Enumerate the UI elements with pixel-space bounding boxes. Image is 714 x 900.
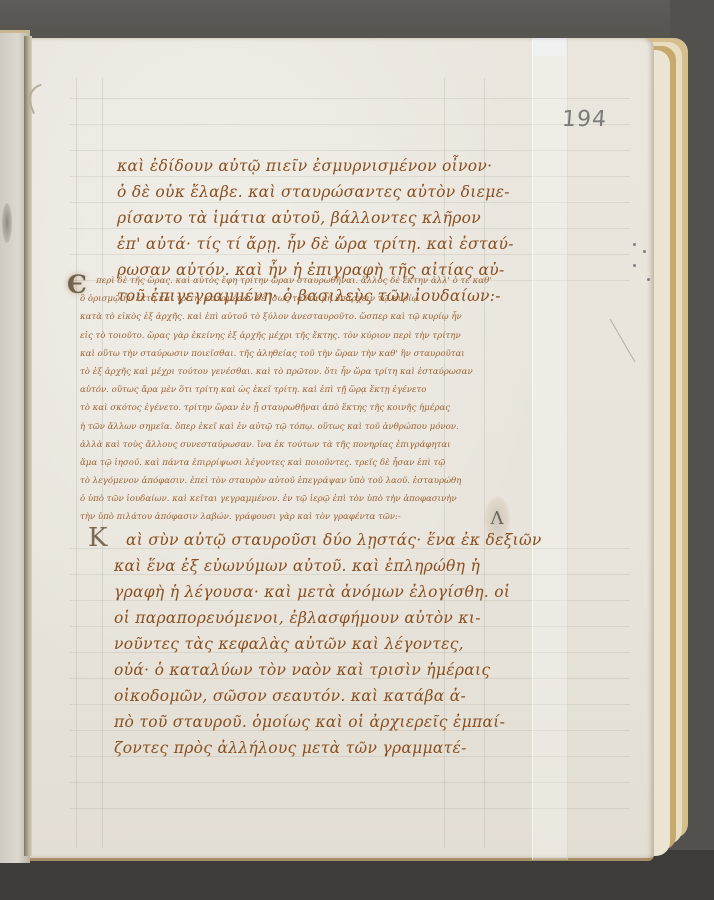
book-gutter — [24, 36, 32, 856]
text-line: γραφὴ ἡ λέγουσα· καὶ μετὰ ἀνόμων ἐλογίσθ… — [114, 579, 484, 605]
commentary-line: τὴν ὑπὸ πιλάτου ἀπόφασιν λαβών. γράφουσι… — [80, 508, 500, 526]
background-top — [0, 0, 714, 40]
text-line: ἐπ' αὐτά· τίς τί ἄρῃ. ἦν δὲ ὥρα τρίτη. κ… — [117, 231, 487, 257]
text-line: καὶ ἕνα ἐξ εὐωνύμων αὐτοῦ. καὶ ἐπληρώθη … — [114, 553, 484, 579]
conservation-tape — [532, 40, 568, 860]
text-line: ζοντες πρὸς ἀλλήλους μετὰ τῶν γραμματέ- — [114, 735, 484, 761]
vertical-ruling — [76, 78, 77, 848]
ink-speck — [633, 264, 636, 267]
text-line: καὶ ἐδίδουν αὐτῷ πιεῖν ἐσμυρνισμένον οἶν… — [117, 153, 487, 179]
commentary-line: κατὰ τὸ εἰκὸς ἐξ ἀρχῆς. καὶ ἐπὶ αὐτοῦ τὸ… — [80, 308, 500, 326]
text-line: οὐά· ὁ καταλύων τὸν ναὸν καὶ τρισὶν ἡμέρ… — [114, 657, 484, 683]
ink-speck — [633, 243, 636, 246]
commentary-line: ἀλλὰ καὶ τοὺς ἄλλους συνεσταύρωσαν. ἵνα … — [80, 436, 500, 454]
left-page-stain — [2, 203, 12, 243]
commentary-line: ἡ τῶν ἄλλων σημεῖα. ὅπερ ἐκεῖ καὶ ἐν αὐτ… — [80, 418, 500, 436]
commentary-line: τὸ ἐξ ἀρχῆς καὶ μέχρι τούτου γενέσθαι. κ… — [80, 363, 500, 381]
commentary-line: εἰς τὸ τοιοῦτο. ὥρας γὰρ ἐκείνης ἐξ ἀρχῆ… — [80, 327, 500, 345]
text-line: νοῦντες τὰς κεφαλὰς αὐτῶν καὶ λέγοντες, — [114, 631, 484, 657]
commentary-line: αὐτόν. οὕτως ἄρα μὲν ὅτι τρίτη καὶ ὡς ἐκ… — [80, 381, 500, 399]
commentary-line: τὸ καὶ σκότος ἐγένετο. τρίτην ὥραν ἐν ᾗ … — [80, 399, 500, 417]
gospel-text-lower: αὶ σὺν αὐτῷ σταυροῦσι δύο λῃστάς· ἕνα ἐκ… — [114, 527, 484, 761]
commentary-line: ἅμα τῷ ἰησοῦ. καὶ πάντα ἐπιρρίψωσι λέγον… — [80, 454, 500, 472]
commentary-line: τὸ λεγόμενον ἀπόφασιν. ἐπεὶ τὸν σταυρὸν … — [80, 472, 500, 490]
folio-number: 194 — [561, 107, 608, 132]
text-line: ρίσαντο τὰ ἱμάτια αὐτοῦ, βάλλοντες κλῆρο… — [117, 205, 487, 231]
ink-speck — [643, 250, 646, 253]
commentary-line: καὶ οὕτω τὴν σταύρωσιν ποιεῖσθαι. τῆς ἀλ… — [80, 345, 500, 363]
text-line: ὁ δὲ οὐκ ἔλαβε. καὶ σταυρώσαντες αὐτὸν δ… — [117, 179, 487, 205]
commentary-line: περὶ δὲ τῆς ὥρας. καὶ αὐτὸς ἔφη τρίτην ὥ… — [80, 272, 500, 290]
text-line: οἰκοδομῶν, σῶσον σεαυτόν. καὶ κατάβα ἀ- — [114, 683, 484, 709]
ink-speck — [647, 278, 650, 281]
commentary-text: περὶ δὲ τῆς ὥρας. καὶ αὐτὸς ἔφη τρίτην ὥ… — [80, 272, 500, 527]
gospel-initial: Κ — [88, 523, 107, 553]
parchment-crease — [610, 304, 662, 363]
text-line: αὶ σὺν αὐτῷ σταυροῦσι δύο λῃστάς· ἕνα ἐκ… — [114, 527, 484, 553]
text-line: οἱ παραπορευόμενοι, ἐβλασφήμουν αὐτὸν κι… — [114, 605, 484, 631]
text-line: πὸ τοῦ σταυροῦ. ὁμοίως καὶ οἱ ἀρχιερεῖς … — [114, 709, 484, 735]
commentary-line: ὁ ὑπὸ τῶν ἰουδαίων. καὶ κεῖται γεγραμμέν… — [80, 490, 500, 508]
commentary-line: ὃ ὁρισμῷ ἦν ἔκτη καὶ τρίτη. καταμέσον δὲ… — [80, 290, 500, 308]
